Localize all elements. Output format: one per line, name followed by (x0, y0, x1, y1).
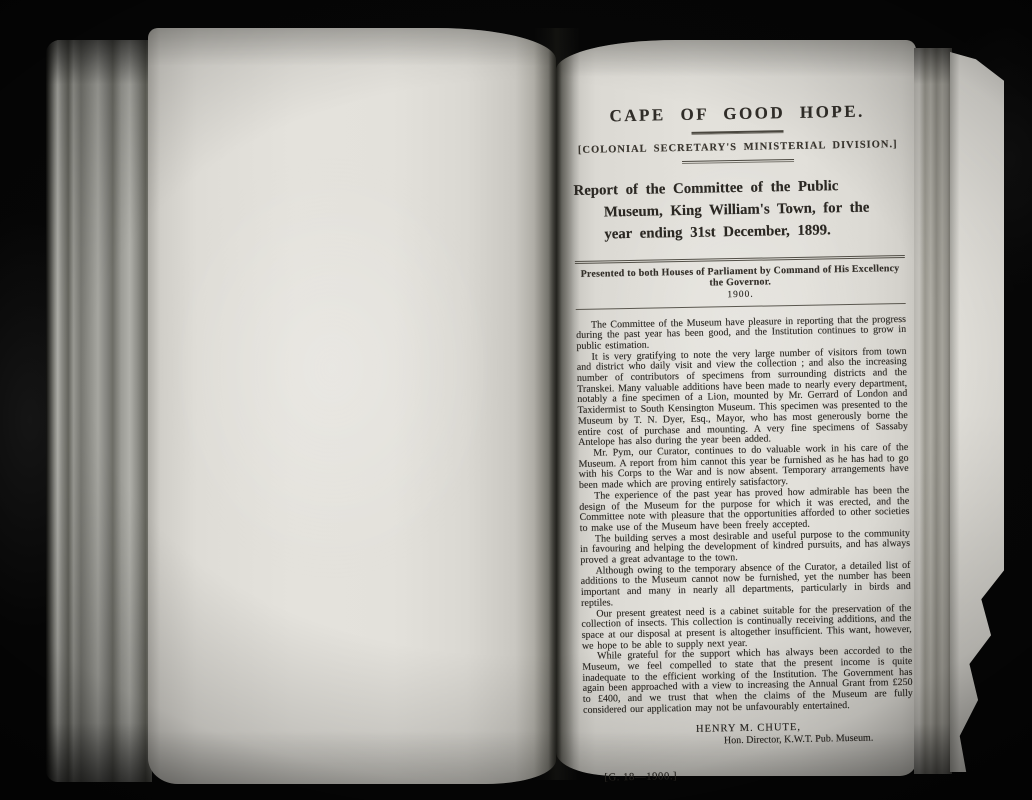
presented-bottom-rule (576, 303, 906, 310)
paragraph: Although owing to the temporary absence … (580, 561, 911, 610)
report-title: Report of the Committee of the Public Mu… (573, 174, 904, 247)
left-page-edge-stack (46, 40, 152, 782)
title-divider-rule (692, 130, 784, 135)
torn-back-flyleaf (950, 52, 1004, 772)
book-photo: CAPE OF GOOD HOPE. [COLONIAL SECRETARY'S… (0, 0, 1032, 800)
paragraph: The experience of the past year has prov… (579, 486, 910, 535)
document-reference: [G. 18—1900.] (604, 765, 914, 783)
left-blank-page (148, 28, 556, 784)
division-heading: [COLONIAL SECRETARY'S MINISTERIAL DIVISI… (573, 139, 903, 156)
report-page-content: CAPE OF GOOD HOPE. [COLONIAL SECRETARY'S… (572, 101, 914, 784)
right-page-edge-stack (914, 48, 952, 774)
division-divider-rule (682, 159, 794, 164)
paragraph: It is very gratifying to note the very l… (577, 347, 909, 449)
report-body: The Committee of the Museum have pleasur… (576, 315, 913, 717)
paragraph: Mr. Pym, our Curator, continues to do va… (578, 443, 909, 492)
paragraph: While grateful for the support which has… (582, 646, 913, 716)
presented-line: Presented to both Houses of Parliament b… (575, 263, 905, 291)
presented-top-rule (575, 255, 905, 264)
